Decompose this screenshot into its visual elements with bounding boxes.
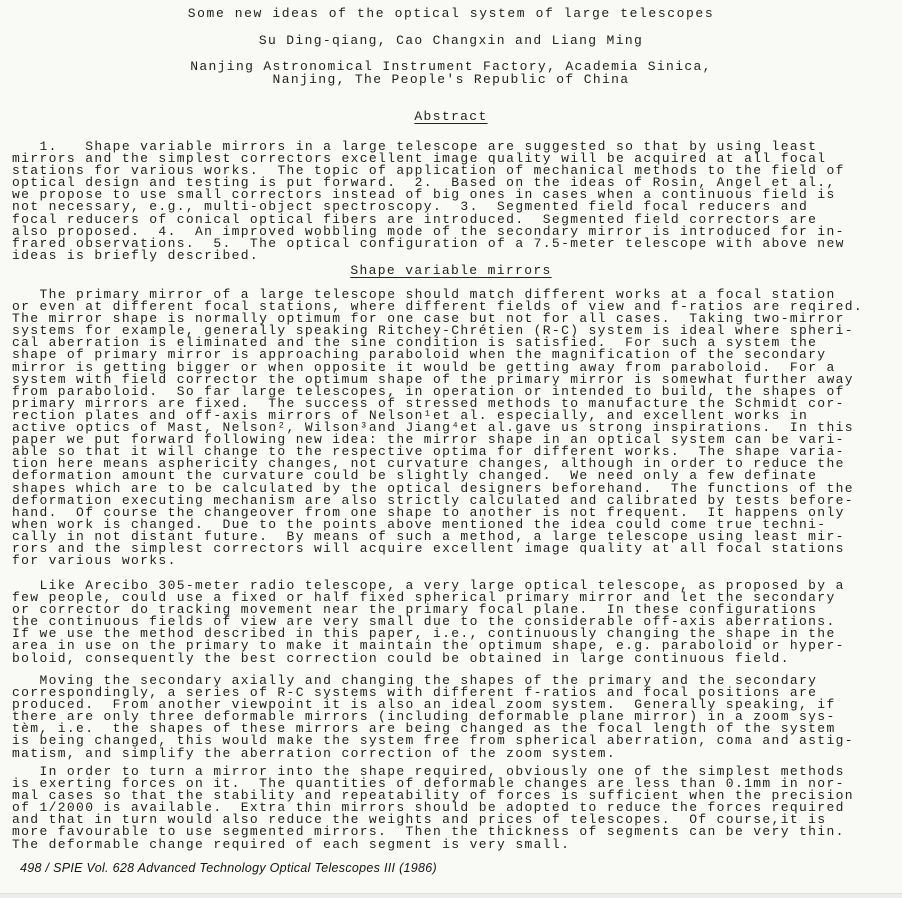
page-footer-citation: 498 / SPIE Vol. 628 Advanced Technology … bbox=[20, 861, 437, 875]
scan-bottom-edge bbox=[0, 893, 902, 898]
paper-authors: Su Ding-qiang, Cao Changxin and Liang Mi… bbox=[0, 35, 902, 47]
paper-affiliation: Nanjing Astronomical Instrument Factory,… bbox=[0, 60, 902, 86]
body-paragraph-2: Like Arecibo 305-meter radio telescope, … bbox=[12, 580, 896, 665]
paper-title: Some new ideas of the optical system of … bbox=[0, 8, 902, 20]
scanned-paper-page: Some new ideas of the optical system of … bbox=[0, 0, 902, 898]
body-paragraph-1: The primary mirror of a large telescope … bbox=[12, 289, 896, 567]
abstract-text: 1. Shape variable mirrors in a large tel… bbox=[12, 141, 896, 262]
abstract-heading: Abstract bbox=[0, 111, 902, 123]
body-paragraph-3: Moving the secondary axially and changin… bbox=[12, 675, 896, 760]
body-paragraph-4: In order to turn a mirror into the shape… bbox=[12, 766, 896, 851]
section-heading-shape-variable-mirrors: Shape variable mirrors bbox=[0, 265, 902, 277]
